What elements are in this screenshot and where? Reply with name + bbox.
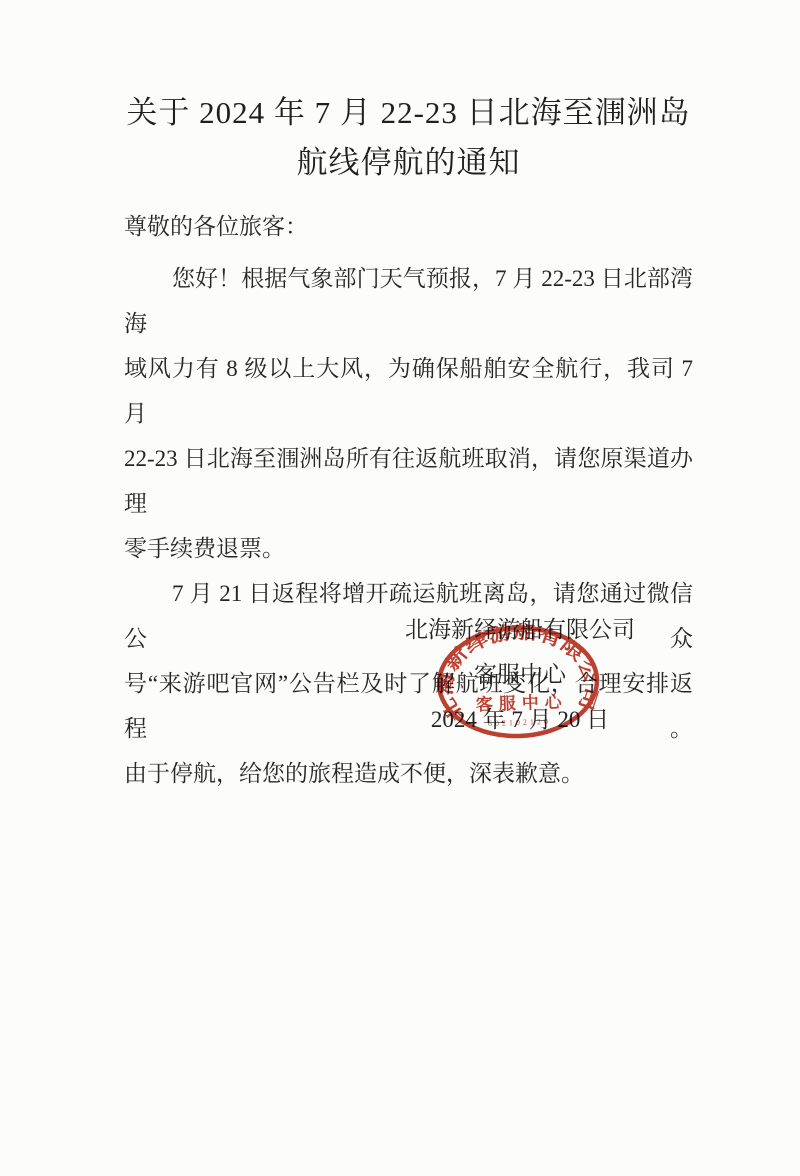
body-line: 由于停航，给您的旅程造成不便，深表歉意。 — [124, 751, 693, 796]
body-line: 零手续费退票。 — [124, 526, 693, 571]
seal-serial-number: 602102120 — [488, 717, 551, 728]
body-line: 您好！根据气象部门天气预报，7 月 22-23 日北部湾海 — [124, 256, 693, 346]
notice-document-page: 关于 2024 年 7 月 22-23 日北海至涠洲岛 航线停航的通知 尊敬的各… — [0, 0, 800, 1176]
document-title-line2: 航线停航的通知 — [124, 138, 693, 188]
seal-center-text: 客服中心 — [475, 691, 568, 714]
company-seal-stamp: 北海新绎游船有限公司 客服中心 602102120 — [416, 609, 621, 756]
document-title-line1: 关于 2024 年 7 月 22-23 日北海至涠洲岛 — [124, 88, 693, 138]
body-line: 22-23 日北海至涠洲岛所有往返航班取消，请您原渠道办理 — [124, 436, 693, 526]
document-title: 关于 2024 年 7 月 22-23 日北海至涠洲岛 航线停航的通知 — [124, 88, 693, 188]
salutation: 尊敬的各位旅客： — [124, 211, 693, 243]
body-line: 域风力有 8 级以上大风，为确保船舶安全航行，我司 7 月 — [124, 346, 693, 436]
